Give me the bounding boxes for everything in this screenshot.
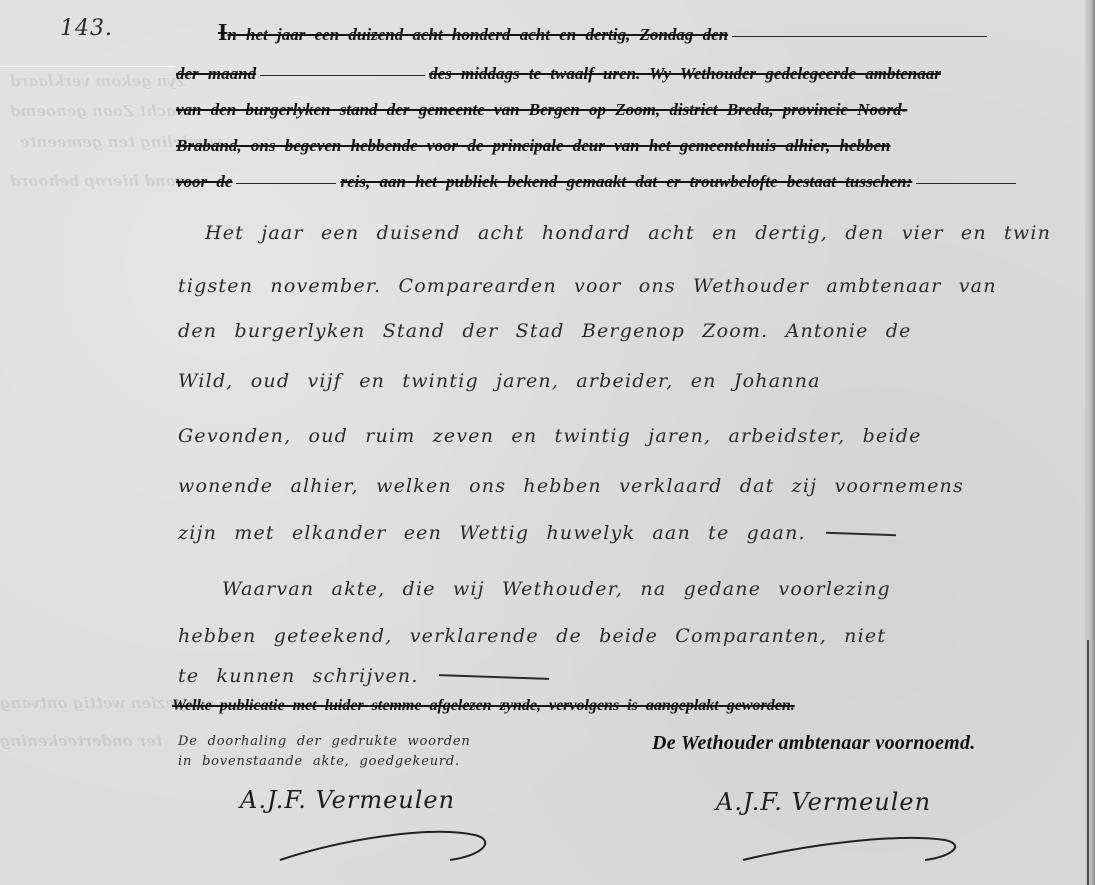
printed-line-5: voor dereis, aan het publiek bekend gema…: [176, 172, 1020, 192]
blank-fill-line: [236, 183, 336, 184]
printed-text: reis, aan het publiek bekend gemaakt dat…: [340, 172, 912, 191]
printed-line-1: In het jaar een duizend acht honderd ach…: [218, 20, 991, 47]
handwritten-line: hebben geteekend, verklarende de beide C…: [178, 625, 886, 647]
document-page: zyn gekom verklaard vracht Zoon genoemd …: [0, 0, 1095, 885]
handwritten-line: Waarvan akte, die wij Wethouder, na geda…: [222, 578, 891, 600]
end-dash: [439, 674, 549, 679]
margin-note-line: in bovenstaande akte, goedgekeurd.: [178, 754, 460, 769]
signature-flourish-icon: [270, 810, 500, 870]
handwritten-line: zijn met elkander een Wettig huwelyk aan…: [178, 522, 896, 544]
drop-initial: I: [218, 20, 227, 46]
bleed-through-text: vracht Zoon genoemd: [10, 102, 192, 120]
margin-crease: [0, 66, 175, 67]
handwritten-line: tigsten november. Comparearden voor ons …: [178, 275, 997, 297]
binding-rule: [1087, 640, 1089, 885]
printed-text: des middags te twaalf uren. Wy Wethouder…: [429, 64, 941, 83]
bleed-through-text: grond hierop behoord: [10, 172, 194, 190]
printed-text: der maand: [176, 64, 256, 83]
handwritten-line: Het jaar een duisend acht hondard acht e…: [205, 222, 1051, 244]
printed-text: n het jaar een duizend acht honderd acht…: [227, 25, 728, 44]
closing-title: De Wethouder ambtenaar voornoemd.: [652, 732, 976, 755]
margin-note-line: De doorhaling der gedrukte woorden: [178, 734, 471, 749]
printed-text: van den burgerlyken stand der gemeente v…: [176, 100, 907, 119]
handwritten-text: te kunnen schrijven.: [178, 665, 419, 687]
blank-fill-line: [732, 36, 987, 37]
bleed-through-text: ter onderteekening: [0, 732, 162, 750]
handwritten-line: te kunnen schrijven.: [178, 665, 549, 687]
handwritten-line: Wild, oud vijf en twintig jaren, arbeide…: [178, 370, 821, 392]
printed-line-2: der maanddes middags te twaalf uren. Wy …: [176, 64, 941, 84]
record-number: 143.: [60, 16, 113, 41]
handwritten-line: den burgerlyken Stand der Stad Bergenop …: [178, 320, 912, 342]
signature-flourish-icon: [735, 815, 965, 870]
printed-line-3: van den burgerlyken stand der gemeente v…: [176, 100, 907, 120]
handwritten-text: zijn met elkander een Wettig huwelyk aan…: [178, 522, 806, 544]
printed-footer: Welke publicatie met luider stemme afgel…: [172, 697, 795, 715]
handwritten-line: Gevonden, oud ruim zeven en twintig jare…: [178, 425, 922, 447]
bleed-through-text: zyn gekom verklaard: [10, 72, 185, 90]
end-dash: [826, 532, 896, 536]
printed-text: Welke publicatie met luider stemme afgel…: [172, 697, 795, 714]
printed-line-4: Braband, ons begeven hebbende voor de pr…: [176, 136, 891, 156]
blank-fill-line: [260, 75, 425, 76]
printed-text: Braband, ons begeven hebbende voor de pr…: [176, 136, 891, 155]
blank-fill-line: [916, 183, 1016, 184]
handwritten-line: wonende alhier, welken ons hebben verkla…: [178, 475, 964, 497]
signature-right: A.J.F. Vermeulen: [716, 788, 931, 816]
printed-text: voor de: [176, 172, 232, 191]
